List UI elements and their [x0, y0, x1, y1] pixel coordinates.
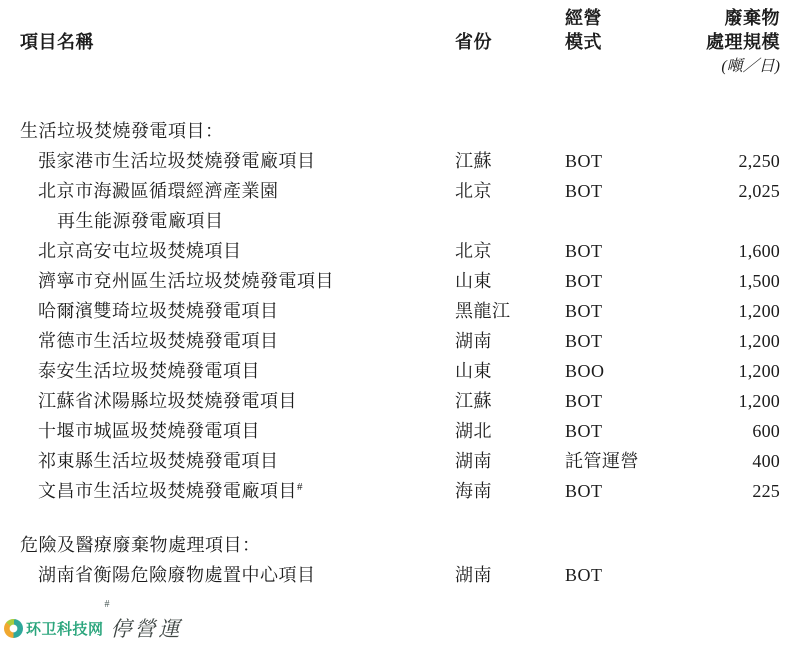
table-section: 危險及醫療廢棄物處理項目：湖南省衡陽危險廢物處置中心項目湖南BOT	[20, 530, 780, 590]
operation-mode-cell: BOO	[565, 356, 690, 386]
footnote-marker: #	[297, 481, 303, 493]
project-name: 祁東縣生活垃圾焚燒發電項目	[38, 446, 455, 476]
section-title: 生活垃圾焚燒發電項目：	[20, 116, 780, 146]
table-row: 張家港市生活垃圾焚燒發電廠項目江蘇BOT2,250	[20, 146, 780, 176]
document-page: 項目名稱 省份 經營 模式 廢棄物 處理規模 (噸／日) 生活垃圾焚燒發電項目：…	[0, 0, 800, 646]
province-cell: 北京	[455, 236, 565, 266]
project-name: 北京高安屯垃圾焚燒項目	[38, 236, 455, 266]
table-row: 泰安生活垃圾焚燒發電項目山東BOO1,200	[20, 356, 780, 386]
operation-mode-cell: BOT	[565, 326, 690, 356]
province-cell: 江蘇	[455, 146, 565, 176]
column-header-label: 經營	[565, 6, 690, 30]
table-row: 湖南省衡陽危險廢物處置中心項目湖南BOT	[20, 560, 780, 590]
column-header-province: 省份	[455, 6, 565, 80]
project-name: 濟寧市兗州區生活垃圾焚燒發電項目	[38, 266, 455, 296]
project-name-cell: 文昌市生活垃圾焚燒發電廠項目#	[20, 476, 455, 506]
table-row: 北京市海澱區循環經濟產業園再生能源發電廠項目北京BOT2,025	[20, 176, 780, 236]
swirl-circle-icon	[4, 619, 23, 638]
watermark-logo-text: 环卫科技网	[26, 618, 104, 639]
project-name: 張家港市生活垃圾焚燒發電廠項目	[38, 146, 455, 176]
project-name-cell: 濟寧市兗州區生活垃圾焚燒發電項目	[20, 266, 455, 296]
operation-mode-cell: BOT	[565, 386, 690, 416]
treatment-scale-cell: 2,250	[690, 146, 780, 176]
column-header-treatment-scale: 廢棄物 處理規模 (噸／日)	[690, 6, 780, 80]
project-name: 哈爾濱雙琦垃圾焚燒發電項目	[38, 296, 455, 326]
operation-mode-cell: BOT	[565, 560, 690, 590]
treatment-scale-cell: 1,200	[690, 326, 780, 356]
table-header: 項目名稱 省份 經營 模式 廢棄物 處理規模 (噸／日)	[20, 0, 780, 80]
project-name-cell: 祁東縣生活垃圾焚燒發電項目	[20, 446, 455, 476]
treatment-scale-cell	[690, 560, 780, 590]
table-row: 江蘇省沭陽縣垃圾焚燒發電項目江蘇BOT1,200	[20, 386, 780, 416]
treatment-scale-cell: 1,200	[690, 386, 780, 416]
operation-mode-cell: BOT	[565, 236, 690, 266]
project-name-cell: 張家港市生活垃圾焚燒發電廠項目	[20, 146, 455, 176]
project-name-line2: 再生能源發電廠項目	[38, 206, 455, 236]
province-cell: 湖南	[455, 326, 565, 356]
section-title: 危險及醫療廢棄物處理項目：	[20, 530, 780, 560]
table-section: 生活垃圾焚燒發電項目：張家港市生活垃圾焚燒發電廠項目江蘇BOT2,250北京市海…	[20, 116, 780, 506]
operation-mode-cell: BOT	[565, 146, 690, 176]
project-name: 北京市海澱區循環經濟產業園	[38, 176, 455, 206]
project-name: 常德市生活垃圾焚燒發電項目	[38, 326, 455, 356]
table-row: 文昌市生活垃圾焚燒發電廠項目#海南BOT225	[20, 476, 780, 506]
treatment-scale-cell: 2,025	[690, 176, 780, 236]
treatment-scale-cell: 1,200	[690, 356, 780, 386]
province-cell: 湖北	[455, 416, 565, 446]
footnote-text: 停營運	[111, 613, 183, 643]
project-name-cell: 十堰市城區圾焚燒發電項目	[20, 416, 455, 446]
table-row: 十堰市城區圾焚燒發電項目湖北BOT600	[20, 416, 780, 446]
column-header-label: 項目名稱	[20, 30, 455, 54]
treatment-scale-cell: 1,600	[690, 236, 780, 266]
province-cell: 山東	[455, 356, 565, 386]
province-cell: 山東	[455, 266, 565, 296]
project-name: 湖南省衡陽危險廢物處置中心項目	[38, 560, 455, 590]
treatment-scale-cell: 1,500	[690, 266, 780, 296]
province-cell: 海南	[455, 476, 565, 506]
table-row: 祁東縣生活垃圾焚燒發電項目湖南託管運營400	[20, 446, 780, 476]
treatment-scale-cell: 400	[690, 446, 780, 476]
project-name-cell: 常德市生活垃圾焚燒發電項目	[20, 326, 455, 356]
column-header-label: 處理規模	[690, 30, 780, 54]
table-row: 濟寧市兗州區生活垃圾焚燒發電項目山東BOT1,500	[20, 266, 780, 296]
table-body: 生活垃圾焚燒發電項目：張家港市生活垃圾焚燒發電廠項目江蘇BOT2,250北京市海…	[20, 116, 780, 590]
operation-mode-cell: BOT	[565, 176, 690, 236]
treatment-scale-cell: 600	[690, 416, 780, 446]
table-row: 哈爾濱雙琦垃圾焚燒發電項目黑龍江BOT1,200	[20, 296, 780, 326]
project-name: 文昌市生活垃圾焚燒發電廠項目#	[38, 476, 455, 506]
project-name-cell: 哈爾濱雙琦垃圾焚燒發電項目	[20, 296, 455, 326]
column-header-operation-mode: 經營 模式	[565, 6, 690, 80]
operation-mode-cell: BOT	[565, 266, 690, 296]
treatment-scale-cell: 1,200	[690, 296, 780, 326]
operation-mode-cell: 託管運營	[565, 446, 690, 476]
project-name-cell: 北京高安屯垃圾焚燒項目	[20, 236, 455, 266]
project-name-cell: 湖南省衡陽危險廢物處置中心項目	[20, 560, 455, 590]
project-name: 十堰市城區圾焚燒發電項目	[38, 416, 455, 446]
province-cell: 湖南	[455, 560, 565, 590]
project-name-cell: 北京市海澱區循環經濟產業園再生能源發電廠項目	[20, 176, 455, 236]
table-row: 常德市生活垃圾焚燒發電項目湖南BOT1,200	[20, 326, 780, 356]
table-row: 北京高安屯垃圾焚燒項目北京BOT1,600	[20, 236, 780, 266]
province-cell: 北京	[455, 176, 565, 236]
column-header-label: 模式	[565, 30, 690, 54]
province-cell: 黑龍江	[455, 296, 565, 326]
watermark-footnote-line: 环卫科技网 # 停營運	[4, 613, 183, 643]
treatment-scale-cell: 225	[690, 476, 780, 506]
column-header-project-name: 項目名稱	[20, 6, 455, 80]
project-name: 江蘇省沭陽縣垃圾焚燒發電項目	[38, 386, 455, 416]
column-header-unit: (噸／日)	[690, 54, 780, 80]
operation-mode-cell: BOT	[565, 416, 690, 446]
province-cell: 江蘇	[455, 386, 565, 416]
project-name-cell: 泰安生活垃圾焚燒發電項目	[20, 356, 455, 386]
operation-mode-cell: BOT	[565, 296, 690, 326]
project-name: 泰安生活垃圾焚燒發電項目	[38, 356, 455, 386]
operation-mode-cell: BOT	[565, 476, 690, 506]
column-header-label: 省份	[455, 30, 565, 54]
project-name-cell: 江蘇省沭陽縣垃圾焚燒發電項目	[20, 386, 455, 416]
column-header-label: 廢棄物	[690, 6, 780, 30]
province-cell: 湖南	[455, 446, 565, 476]
